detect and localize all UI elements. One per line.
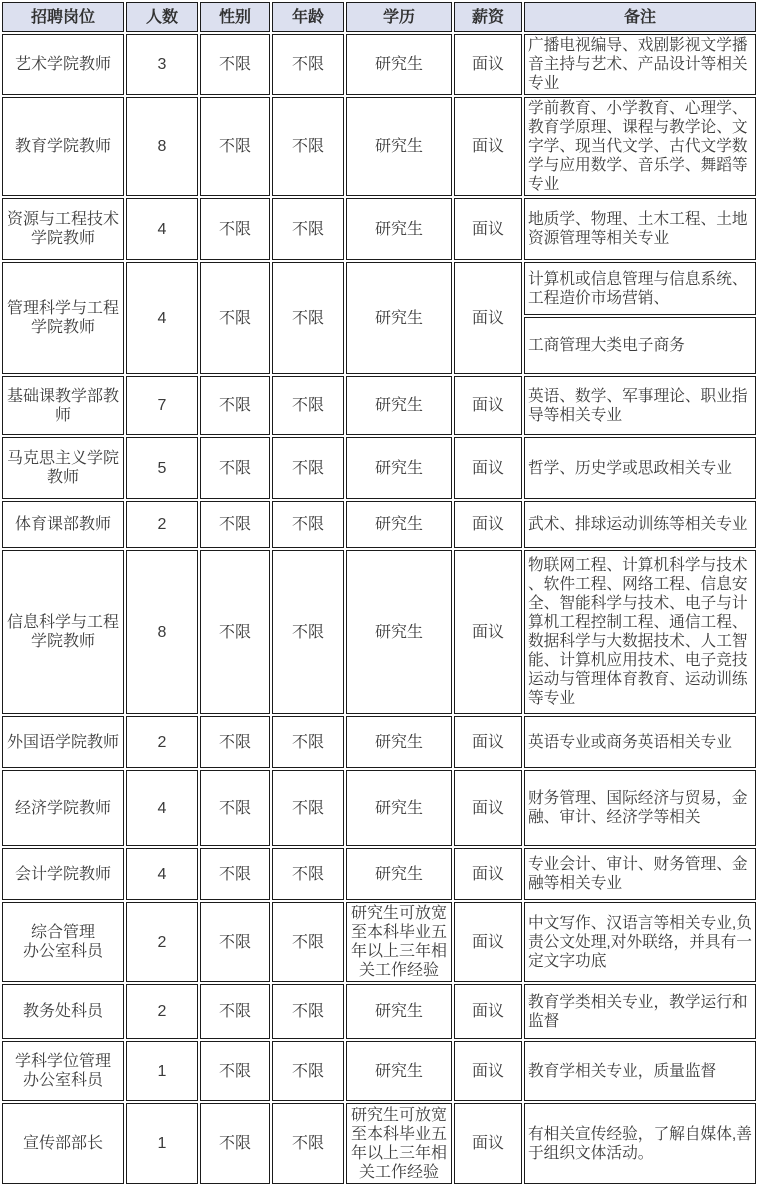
cell-gender: 不限: [200, 848, 270, 900]
cell-age: 不限: [272, 1041, 344, 1101]
cell-gender: 不限: [200, 262, 270, 374]
cell-count: 7: [126, 376, 198, 435]
cell-salary: 面议: [454, 376, 522, 435]
cell-salary: 面议: [454, 716, 522, 768]
cell-remark: 财务管理、国际经济与贸易，金融、审计、经济学等相关: [524, 770, 756, 846]
table-row: 经济学院教师 4 不限 不限 研究生 面议 财务管理、国际经济与贸易，金融、审计…: [2, 770, 756, 846]
table-row: 外国语学院教师 2 不限 不限 研究生 面议 英语专业或商务英语相关专业: [2, 716, 756, 768]
cell-age: 不限: [272, 437, 344, 499]
cell-salary: 面议: [454, 848, 522, 900]
cell-position: 艺术学院教师: [2, 34, 124, 95]
col-header-salary: 薪资: [454, 2, 522, 32]
cell-education: 研究生可放宽至本科毕业五年以上三年相关工作经验: [346, 902, 452, 982]
cell-age: 不限: [272, 262, 344, 374]
cell-gender: 不限: [200, 1103, 270, 1184]
col-header-gender: 性别: [200, 2, 270, 32]
cell-gender: 不限: [200, 770, 270, 846]
cell-count: 4: [126, 848, 198, 900]
cell-salary: 面议: [454, 34, 522, 95]
cell-salary: 面议: [454, 770, 522, 846]
cell-position: 信息科学与工程学院教师: [2, 550, 124, 714]
cell-age: 不限: [272, 376, 344, 435]
cell-position: 管理科学与工程学院教师: [2, 262, 124, 374]
cell-remark: 哲学、历史学或思政相关专业: [524, 437, 756, 499]
table-row: 基础课教学部教师 7 不限 不限 研究生 面议 英语、数学、军事理论、职业指导等…: [2, 376, 756, 435]
cell-age: 不限: [272, 716, 344, 768]
cell-age: 不限: [272, 1103, 344, 1184]
cell-salary: 面议: [454, 198, 522, 260]
cell-position: 资源与工程技术学院教师: [2, 198, 124, 260]
cell-count: 1: [126, 1103, 198, 1184]
cell-remark: 物联网工程、计算机科学与技术、软件工程、网络工程、信息安全、智能科学与技术、电子…: [524, 550, 756, 714]
cell-gender: 不限: [200, 984, 270, 1039]
table-row: 综合管理 办公室科员 2 不限 不限 研究生可放宽至本科毕业五年以上三年相关工作…: [2, 902, 756, 982]
col-header-education: 学历: [346, 2, 452, 32]
cell-gender: 不限: [200, 376, 270, 435]
cell-age: 不限: [272, 97, 344, 196]
cell-salary: 面议: [454, 501, 522, 548]
cell-count: 3: [126, 34, 198, 95]
cell-gender: 不限: [200, 902, 270, 982]
cell-education: 研究生: [346, 376, 452, 435]
table-row: 体育课部教师 2 不限 不限 研究生 面议 武术、排球运动训练等相关专业: [2, 501, 756, 548]
cell-count: 4: [126, 262, 198, 374]
cell-position: 体育课部教师: [2, 501, 124, 548]
cell-remark: 英语、数学、军事理论、职业指导等相关专业: [524, 376, 756, 435]
table-row: 会计学院教师 4 不限 不限 研究生 面议 专业会计、审计、财务管理、金融等相关…: [2, 848, 756, 900]
cell-education: 研究生: [346, 97, 452, 196]
cell-gender: 不限: [200, 198, 270, 260]
cell-remark: 英语专业或商务英语相关专业: [524, 716, 756, 768]
cell-count: 1: [126, 1041, 198, 1101]
cell-position: 经济学院教师: [2, 770, 124, 846]
table-row: 马克思主义学院教师 5 不限 不限 研究生 面议 哲学、历史学或思政相关专业: [2, 437, 756, 499]
cell-education: 研究生: [346, 34, 452, 95]
cell-education: 研究生: [346, 501, 452, 548]
cell-age: 不限: [272, 198, 344, 260]
cell-salary: 面议: [454, 1103, 522, 1184]
table-row: 教务处科员 2 不限 不限 研究生 面议 教育学类相关专业，教学运行和监督: [2, 984, 756, 1039]
cell-education: 研究生: [346, 198, 452, 260]
cell-count: 8: [126, 97, 198, 196]
cell-count: 4: [126, 770, 198, 846]
cell-count: 2: [126, 902, 198, 982]
cell-age: 不限: [272, 902, 344, 982]
cell-education: 研究生: [346, 1041, 452, 1101]
cell-gender: 不限: [200, 1041, 270, 1101]
table-row: 学科学位管理 办公室科员 1 不限 不限 研究生 面议 教育学相关专业，质量监督: [2, 1041, 756, 1101]
cell-remark: 教育学类相关专业，教学运行和监督: [524, 984, 756, 1039]
table-row: 教育学院教师 8 不限 不限 研究生 面议 学前教育、小学教育、心理学、教育学原…: [2, 97, 756, 196]
table-row: 艺术学院教师 3 不限 不限 研究生 面议 广播电视编导、戏剧影视文学播音主持与…: [2, 34, 756, 95]
cell-count: 5: [126, 437, 198, 499]
cell-remark: 有相关宣传经验，了解自媒体,善于组织文体活动。: [524, 1103, 756, 1184]
cell-age: 不限: [272, 984, 344, 1039]
cell-salary: 面议: [454, 437, 522, 499]
cell-remark: 教育学相关专业，质量监督: [524, 1041, 756, 1101]
cell-count: 4: [126, 198, 198, 260]
cell-education: 研究生: [346, 848, 452, 900]
cell-gender: 不限: [200, 501, 270, 548]
cell-salary: 面议: [454, 550, 522, 714]
cell-position: 综合管理 办公室科员: [2, 902, 124, 982]
cell-gender: 不限: [200, 716, 270, 768]
cell-salary: 面议: [454, 902, 522, 982]
cell-education: 研究生: [346, 437, 452, 499]
cell-position: 教务处科员: [2, 984, 124, 1039]
cell-position: 基础课教学部教师: [2, 376, 124, 435]
table-row: 资源与工程技术学院教师 4 不限 不限 研究生 面议 地质学、物理、土木工程、土…: [2, 198, 756, 260]
cell-remark: 学前教育、小学教育、心理学、教育学原理、课程与教学论、文字学、现当代文学、古代文…: [524, 97, 756, 196]
col-header-age: 年龄: [272, 2, 344, 32]
cell-remark: 广播电视编导、戏剧影视文学播音主持与艺术、产品设计等相关专业: [524, 34, 756, 95]
cell-salary: 面议: [454, 262, 522, 374]
cell-remark: 专业会计、审计、财务管理、金融等相关专业: [524, 848, 756, 900]
cell-position: 外国语学院教师: [2, 716, 124, 768]
col-header-position: 招聘岗位: [2, 2, 124, 32]
cell-education: 研究生可放宽至本科毕业五年以上三年相关工作经验: [346, 1103, 452, 1184]
cell-age: 不限: [272, 848, 344, 900]
cell-gender: 不限: [200, 550, 270, 714]
cell-age: 不限: [272, 770, 344, 846]
cell-education: 研究生: [346, 770, 452, 846]
col-header-remark: 备注: [524, 2, 756, 32]
cell-age: 不限: [272, 501, 344, 548]
cell-salary: 面议: [454, 984, 522, 1039]
cell-education: 研究生: [346, 984, 452, 1039]
cell-remark: 工商管理大类电子商务: [524, 317, 756, 374]
cell-count: 2: [126, 501, 198, 548]
table-row: 信息科学与工程学院教师 8 不限 不限 研究生 面议 物联网工程、计算机科学与技…: [2, 550, 756, 714]
header-row: 招聘岗位 人数 性别 年龄 学历 薪资 备注: [2, 2, 756, 32]
cell-salary: 面议: [454, 1041, 522, 1101]
cell-remark: 中文写作、汉语言等相关专业,负责公文处理,对外联络，并具有一定文字功底: [524, 902, 756, 982]
cell-position: 马克思主义学院教师: [2, 437, 124, 499]
cell-remark: 武术、排球运动训练等相关专业: [524, 501, 756, 548]
cell-age: 不限: [272, 34, 344, 95]
table-row: 宣传部部长 1 不限 不限 研究生可放宽至本科毕业五年以上三年相关工作经验 面议…: [2, 1103, 756, 1184]
cell-salary: 面议: [454, 97, 522, 196]
cell-gender: 不限: [200, 437, 270, 499]
cell-remark: 地质学、物理、土木工程、土地资源管理等相关专业: [524, 198, 756, 260]
cell-position: 会计学院教师: [2, 848, 124, 900]
cell-position: 宣传部部长: [2, 1103, 124, 1184]
cell-count: 8: [126, 550, 198, 714]
col-header-count: 人数: [126, 2, 198, 32]
cell-position: 学科学位管理 办公室科员: [2, 1041, 124, 1101]
cell-count: 2: [126, 716, 198, 768]
cell-education: 研究生: [346, 550, 452, 714]
cell-position: 教育学院教师: [2, 97, 124, 196]
table-row: 管理科学与工程学院教师 4 不限 不限 研究生 面议 计算机或信息管理与信息系统…: [2, 262, 756, 315]
cell-remark: 计算机或信息管理与信息系统、工程造价市场营销、: [524, 262, 756, 315]
cell-count: 2: [126, 984, 198, 1039]
cell-education: 研究生: [346, 262, 452, 374]
cell-age: 不限: [272, 550, 344, 714]
recruitment-table: 招聘岗位 人数 性别 年龄 学历 薪资 备注 艺术学院教师 3 不限 不限 研究…: [0, 0, 758, 1186]
cell-education: 研究生: [346, 716, 452, 768]
cell-gender: 不限: [200, 97, 270, 196]
cell-gender: 不限: [200, 34, 270, 95]
